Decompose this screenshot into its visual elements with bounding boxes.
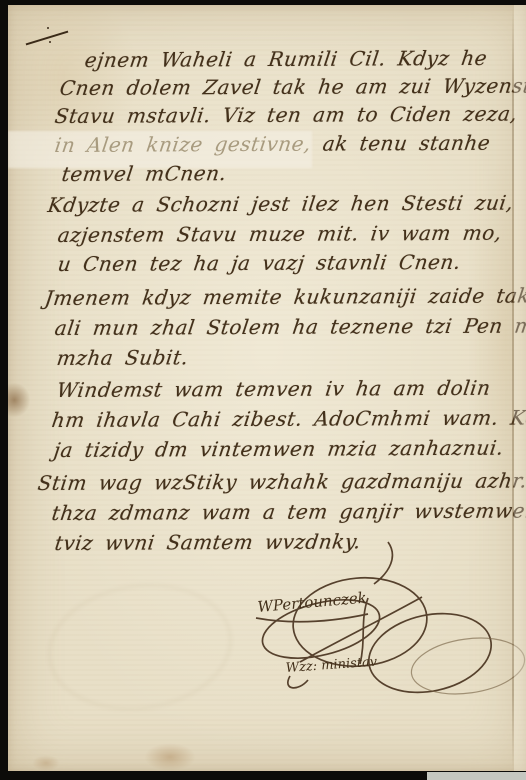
folio-mark-dot bbox=[47, 27, 49, 29]
handwritten-line: temvel mCnen. bbox=[60, 161, 228, 186]
folio-mark-stroke bbox=[26, 31, 69, 46]
handwritten-line: in Alen knize gestivne, ak tenu stanhe bbox=[53, 131, 492, 157]
folio-mark-dot bbox=[49, 41, 51, 43]
handwritten-line: Stim wag wzStiky wzhahk gazdmaniju azhr. bbox=[36, 468, 526, 495]
signature-cross-stroke bbox=[360, 598, 368, 664]
signature-flourish: WPertounczek Wzz: ministav bbox=[190, 540, 526, 716]
faded-text-segment: in Alen knize gestivne, bbox=[53, 132, 312, 157]
handwritten-line: ejnem Waheli a Rumili Cil. Kdyz he bbox=[83, 46, 488, 72]
text-segment: ak tenu stanhe bbox=[309, 131, 491, 156]
handwritten-line: Stavu mstavli. Viz ten am to Ciden zeza, bbox=[53, 102, 519, 128]
handwritten-line: hm ihavla Cahi zibest. AdoCmhmi wam. Kdy… bbox=[50, 405, 526, 432]
folio-mark bbox=[25, 27, 71, 43]
handwritten-line: thza zdmanz wam a tem ganjir wvstemwen bbox=[50, 498, 526, 525]
signature-flourish-drawing: WPertounczek Wzz: ministav bbox=[190, 540, 526, 712]
handwritten-line: azjenstem Stavu muze mit. iv wam mo, bbox=[56, 221, 503, 247]
signature-underline bbox=[256, 614, 368, 622]
handwritten-line: Jmenem kdyz memite kukunzaniji zaide tak bbox=[43, 283, 526, 310]
signature-underloop bbox=[288, 676, 308, 688]
paper-stain bbox=[144, 743, 196, 771]
handwritten-line: mzha Subit. bbox=[55, 345, 190, 370]
handwritten-line: u Cnen tez ha ja vazj stavnli Cnen. bbox=[56, 250, 462, 276]
scanned-document: ejnem Waheli a Rumili Cil. Kdyz he Cnen … bbox=[0, 0, 526, 780]
paper-stain bbox=[8, 383, 30, 417]
underlying-sheet-edge bbox=[427, 772, 526, 780]
handwritten-line: ja tizidy dm vintemwen mzia zanhaznui. bbox=[52, 436, 505, 462]
paper-edge-highlight bbox=[514, 5, 526, 771]
handwritten-line: Kdyzte a Schozni jest ilez hen Stesti zu… bbox=[46, 191, 515, 217]
handwritten-line: Cnen dolem Zavel tak he am zui Wyzenstem bbox=[58, 73, 526, 100]
paper-stain bbox=[32, 755, 60, 771]
handwritten-line: Windemst wam temven iv ha am dolin bbox=[55, 376, 492, 402]
handwritten-line: ali mun zhal Stolem ha teznene tzi Pen m… bbox=[53, 313, 526, 340]
manuscript-page: ejnem Waheli a Rumili Cil. Kdyz he Cnen … bbox=[8, 5, 526, 771]
signature-faint-ellipse bbox=[408, 631, 526, 700]
signature-name: WPertounczek bbox=[257, 589, 368, 616]
